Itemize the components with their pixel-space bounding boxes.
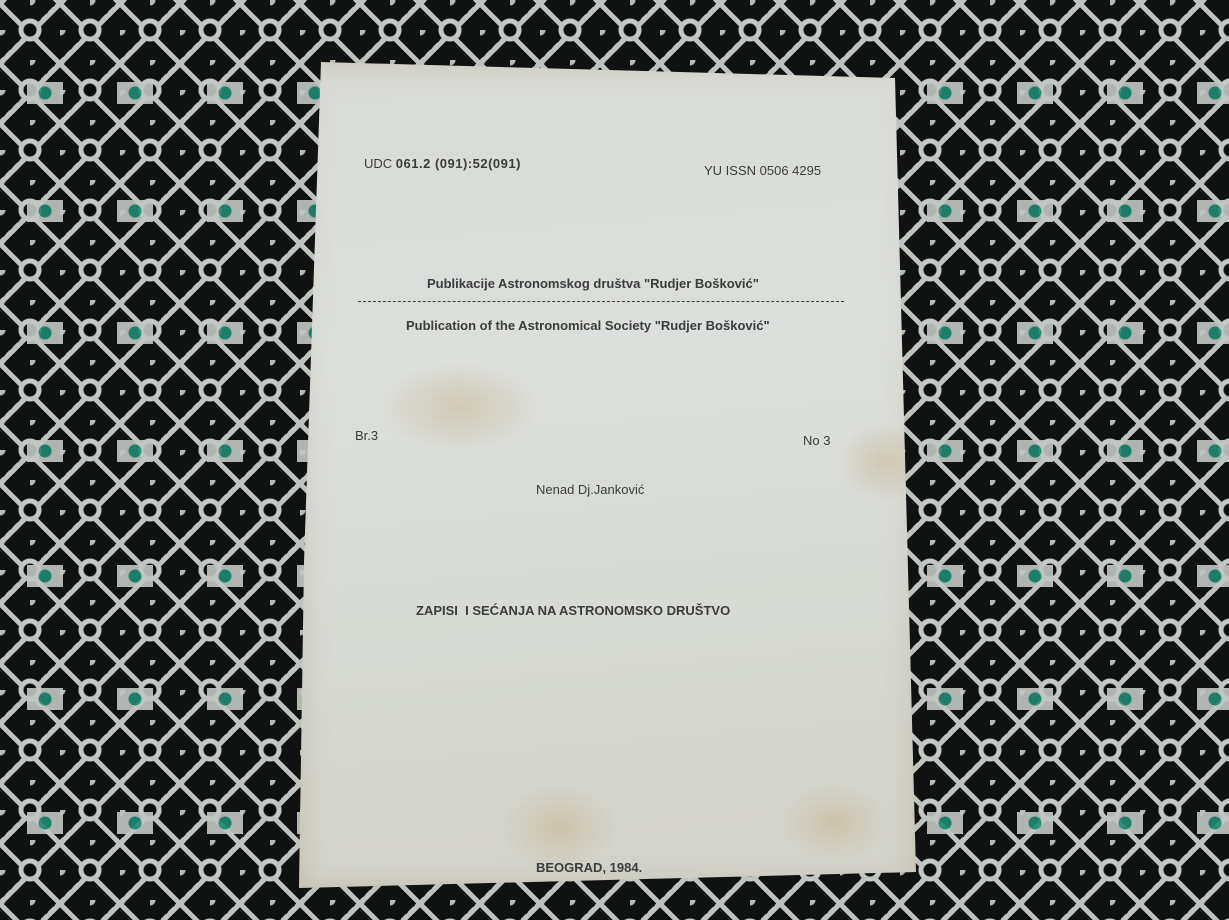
series-title-english: Publication of the Astronomical Society … (406, 318, 770, 333)
udc-label: UDC (364, 156, 392, 171)
paper-stain (379, 362, 539, 452)
paper-stain (779, 782, 889, 862)
publication-place-year: BEOGRAD, 1984. (536, 860, 642, 875)
dashed-divider (358, 301, 844, 302)
series-title-local: Publikacije Astronomskog društva "Rudjer… (427, 276, 759, 291)
paper-stain (499, 782, 619, 872)
udc-classification: UDC 061.2 (091):52(091) (364, 156, 521, 171)
issue-number-english: No 3 (803, 433, 830, 448)
issue-number-local: Br.3 (355, 428, 378, 443)
udc-code: 061.2 (091):52(091) (396, 156, 521, 171)
booklet-cover (299, 62, 916, 888)
author-name: Nenad Dj.Janković (536, 482, 644, 497)
issn-number: YU ISSN 0506 4295 (704, 163, 821, 178)
book-title: ZAPISI I SEĆANJA NA ASTRONOMSKO DRUŠTVO (416, 603, 730, 618)
